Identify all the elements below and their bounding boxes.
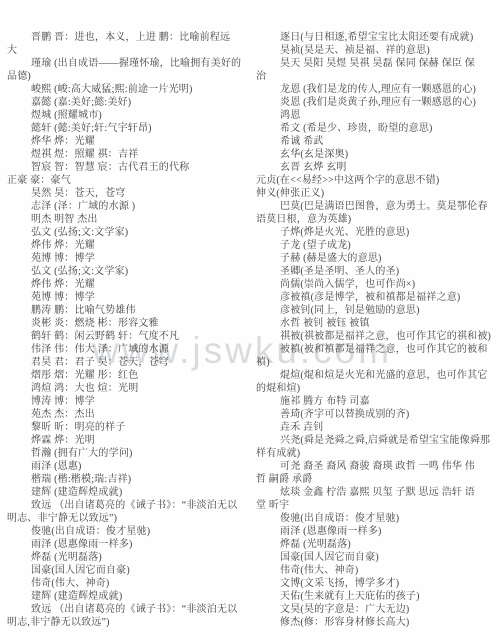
- name-entry-line: 懿轩 (懿:美好;轩:气宇轩昂): [7, 122, 253, 135]
- name-entry-line: 哲 嗣爵 承爵: [256, 473, 498, 486]
- name-entry-line: 博涛 博：博学: [7, 395, 253, 408]
- name-entry-line: 嘉懿 (嘉:美好;懿:美好): [7, 96, 253, 109]
- name-entry-line: 子烨(烨是火光、光胜的意思): [256, 226, 498, 239]
- name-entry-line: 国豪(国人因它而自豪): [7, 564, 253, 577]
- name-entry-line: 智宸 智：智慧 宸：古代君王的代称: [7, 161, 253, 174]
- name-entry-line: 伟泽 伟：伟大 泽：广域的水源: [7, 343, 253, 356]
- name-entry-line: 弘文 (弘扬;文:文学家): [7, 226, 253, 239]
- name-entry-line: 彦被禛(彦是博学，被和禛都是福祥之意): [256, 291, 498, 304]
- name-entry-line: 烨伟 烨：光耀: [7, 278, 253, 291]
- name-entry-line: 龙恩 (我们是龙的传人,理应有一颗感恩的心): [256, 83, 498, 96]
- name-entry-line: 垚禾 垚钊: [256, 421, 498, 434]
- left-column: 晋鹏 晋：进也，本义，上进 鹏：比喻前程远大瑾瑜 (出自成语——握瑾怀瑜，比喻拥…: [7, 31, 253, 629]
- name-entry-line: 雨泽 (恩惠像雨一样多): [7, 538, 253, 551]
- name-entry-line: 被禛(被和禛都是福祥之意，也可作其它的被和: [256, 343, 498, 356]
- name-entry-line: 俊驰(出自成语：俊才星驰): [7, 525, 253, 538]
- name-entry-line: 建辉 (建造辉煌成就): [7, 590, 253, 603]
- name-entry-line: 致远 （出自诸葛亮的《诫子书》：“非淡泊无以: [7, 603, 253, 616]
- name-entry-line: 煜城 (照耀城市): [7, 109, 253, 122]
- name-entry-line: 伸义(伸张正义): [256, 187, 498, 200]
- name-entry-line: 品德): [7, 70, 253, 83]
- name-entry-line: 鹤轩 鹤：闲云野鹤 轩：气度不凡: [7, 330, 253, 343]
- name-entry-line: 瑾瑜 (出自成语——握瑾怀瑜，比喻拥有美好的: [7, 57, 253, 70]
- name-entry-line: 雨泽 (恩惠): [7, 460, 253, 473]
- name-entry-line: 黎昕 昕：明亮的样子: [7, 421, 253, 434]
- name-entry-line: 文昊(昊的字意是：广大无边): [256, 603, 498, 616]
- name-entry-line: 治: [256, 70, 498, 83]
- name-entry-line: 文博(文采飞扬，博学多才): [256, 577, 498, 590]
- name-entry-line: 楷瑞 (楷:楷模;瑞:吉祥): [7, 473, 253, 486]
- name-entry-line: 希诚 希武: [256, 135, 498, 148]
- name-entry-line: 昊祯(昊是天、祯是福、祥的意思): [256, 44, 498, 57]
- name-entry-line: 哲瀚 (拥有广大的学问): [7, 447, 253, 460]
- name-entry-line: 圣卿(圣是圣明、圣人的圣): [256, 265, 498, 278]
- name-entry-line: 祺被(祺被都是福祥之意，也可作其它的祺和被): [256, 330, 498, 343]
- name-entry-line: 烨磊 (光明磊落): [256, 538, 498, 551]
- name-entry-line: 水哲 被钊 被钰 被镇: [256, 317, 498, 330]
- name-entry-line: 烨伟 烨：光耀: [7, 239, 253, 252]
- name-entry-line: 大: [7, 44, 253, 57]
- name-entry-line: 修杰(修：形容身材修长高大): [256, 616, 498, 629]
- name-entry-line: 晋鹏 晋：进也，本义，上进 鹏：比喻前程远: [7, 31, 253, 44]
- name-entry-line: 苑博 博：博学: [7, 291, 253, 304]
- name-entry-line: 玄华(玄是深奥): [256, 148, 498, 161]
- name-entry-line: 正豪 豪：豪气: [7, 174, 253, 187]
- name-entry-line: 兴尧(舜是尧舜之舜,启舜就是希望宝宝能像舜那: [256, 434, 498, 447]
- name-entry-line: 鸿恩: [256, 109, 498, 122]
- name-entry-line: 烨霖 烨：光明: [7, 434, 253, 447]
- name-entry-line: 子龙 (望子成龙): [256, 239, 498, 252]
- name-entry-line: 烨华 烨：光耀: [7, 135, 253, 148]
- name-entry-line: 鹏涛 鹏：比喻气势雄伟: [7, 304, 253, 317]
- name-entry-line: 焜煊(焜和煊是火光和光盛的意思，也可作其它: [256, 369, 498, 382]
- name-entry-line: 逐日(与日相逐,希望宝宝比太阳还要有成就): [256, 31, 498, 44]
- name-entry-line: 可尧 裔圣 裔风 裔骏 裔瑛 政哲 一鸣 伟华 伟: [256, 460, 498, 473]
- name-entry-line: 俊驰(出自成语：俊才星驰): [256, 512, 498, 525]
- name-entry-line: 弘文 (弘扬;文:文学家): [7, 265, 253, 278]
- name-entry-line: 样有成就): [256, 447, 498, 460]
- name-entry-line: 天佑(生来就有上天庇佑的孩子): [256, 590, 498, 603]
- name-entry-line: 苑杰 杰：杰出: [7, 408, 253, 421]
- name-entry-line: 雨泽 (恩惠像雨一样多): [256, 525, 498, 538]
- name-entry-line: 煜祺 煜：照耀 祺：吉祥: [7, 148, 253, 161]
- name-entry-line: 堂 昕宇: [256, 499, 498, 512]
- name-entry-line: 志泽 (泽：广域的水源 ): [7, 200, 253, 213]
- name-entry-line: 彦被钊(同上，钊是勉励的意思): [256, 304, 498, 317]
- name-entry-line: 鸿煊 鸿：大也 煊：光明: [7, 382, 253, 395]
- name-entry-line: 希文 (希是少、珍贵，盼望的意思): [256, 122, 498, 135]
- name-entry-line: 明志,非宁静无以致远”): [7, 616, 253, 629]
- name-entry-line: 的焜和煊): [256, 382, 498, 395]
- name-entry-line: 语莫日根，意为英雄): [256, 213, 498, 226]
- document-page: www.jswku.com 晋鹏 晋：进也，本义，上进 鹏：比喻前程远大瑾瑜 (…: [0, 0, 500, 637]
- name-entry-line: 炫琰 金鑫 柠浩 嘉熙 贝玺 子默 思远 浩轩 语: [256, 486, 498, 499]
- name-entry-line: 昊然 昊：苍天，苍穹: [7, 187, 253, 200]
- name-entry-line: 明志、非宁静无以致远”): [7, 512, 253, 525]
- name-entry-line: 熠彤 熠：光耀 彤：红色: [7, 369, 253, 382]
- name-entry-line: 致远 （出自诸葛亮的《诫子书》：“非淡泊无以: [7, 499, 253, 512]
- name-entry-line: 昊天 昊阳 昊煜 昊祺 昊磊 保同 保赫 保臣 保: [256, 57, 498, 70]
- name-entry-line: 尚儒(崇尚入儒学，也可作尚×): [256, 278, 498, 291]
- name-entry-line: 烨磊 (光明磊落): [7, 551, 253, 564]
- name-entry-line: 巴莫(巴是满语巴图鲁，意为勇士。莫是鄂伦春: [256, 200, 498, 213]
- name-entry-line: 禛): [256, 356, 498, 369]
- name-entry-line: 元贞(在<<易经>>中这两个字的意思不错): [256, 174, 498, 187]
- name-entry-line: 炎恩 (我们是炎黄子孙,理应有一颗感恩的心): [256, 96, 498, 109]
- name-entry-line: 善琦(齐字可以替换成别的齐): [256, 408, 498, 421]
- name-entry-line: 明杰 明智 杰出: [7, 213, 253, 226]
- name-entry-line: 炎彬 炎：燃烧 彬：形容文雅: [7, 317, 253, 330]
- name-entry-line: 施祁 腾方 布特 司嘉: [256, 395, 498, 408]
- right-column: 逐日(与日相逐,希望宝宝比太阳还要有成就)昊祯(昊是天、祯是福、祥的意思)昊天 …: [256, 31, 498, 629]
- name-entry-line: 建辉 (建造辉煌成就): [7, 486, 253, 499]
- name-entry-line: 君昊 君：君子 昊：苍天，苍穹: [7, 356, 253, 369]
- name-entry-line: 峻熙 (峻:高大威猛;熙:前途一片光明): [7, 83, 253, 96]
- name-entry-line: 国豪(国人因它而自豪): [256, 551, 498, 564]
- name-entry-line: 子赫 (赫是盛大的意思): [256, 252, 498, 265]
- name-entry-line: 伟奇(伟大、神奇): [256, 564, 498, 577]
- name-entry-line: 伟奇(伟大、神奇): [7, 577, 253, 590]
- name-entry-line: 苑博 博：博学: [7, 252, 253, 265]
- name-entry-line: 玄晋 玄烨 玄明: [256, 161, 498, 174]
